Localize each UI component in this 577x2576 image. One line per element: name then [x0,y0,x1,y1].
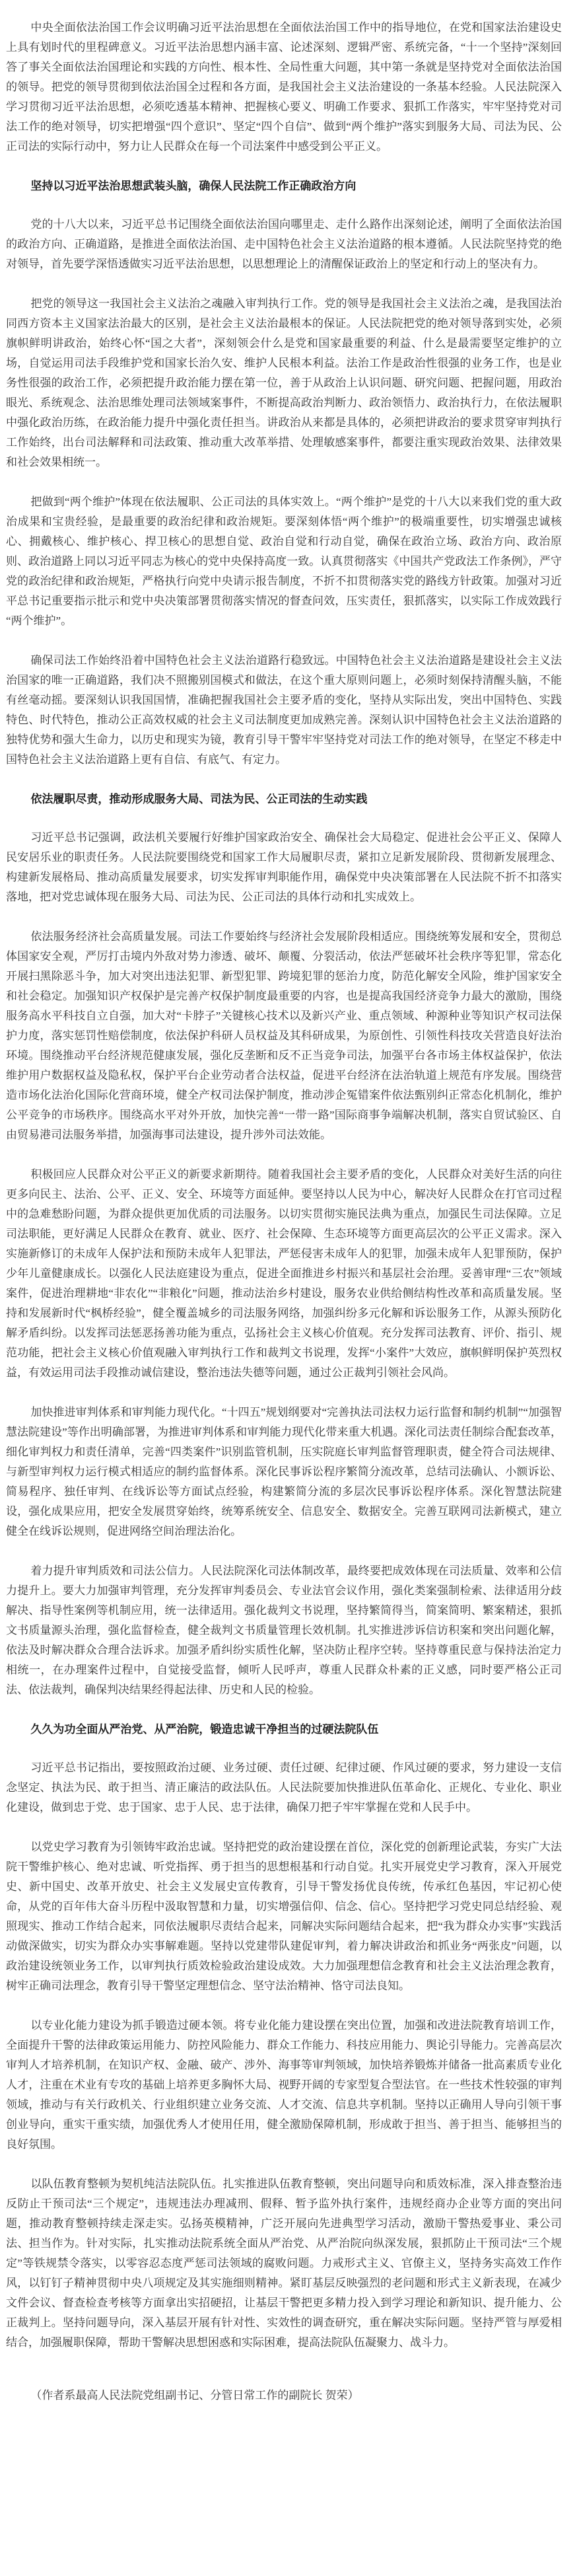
article-paragraph: 加快推进审判体系和审判能力现代化。“十四五”规划纲要对“完善执法司法权力运行监督… [6,1403,562,1541]
article-body: 中央全面依法治国工作会议明确习近平法治思想在全面依法治国工作中的指导地位，在党和… [6,18,562,2406]
article-paragraph: 中央全面依法治国工作会议明确习近平法治思想在全面依法治国工作中的指导地位，在党和… [6,18,562,157]
article-paragraph: 以党史学习教育为引领铸牢政治忠诚。坚持把党的政治建设摆在首位，深化党的创新理论武… [6,1837,562,1996]
author-line: （作者系最高人民法院党组副书记、分管日常工作的副院长 贺荣） [6,2386,562,2406]
article-paragraph: 党的十八大以来，习近平总书记围绕全面依法治国向哪里走、走什么路作出深刻论述，阐明… [6,215,562,274]
article-paragraph: 习近平总书记指出，要按照政治过硬、业务过硬、责任过硬、纪律过硬、作风过硬的要求，… [6,1758,562,1818]
article-paragraph: 以队伍教育整顿为契机纯洁法院队伍。扎实推进队伍教育整顿，突出问题导向和质效标准，… [6,2174,562,2353]
article-paragraph: 把党的领导这一我国社会主义法治之魂融入审判执行工作。党的领导是我国社会主义法治之… [6,294,562,472]
article-paragraph: 确保司法工作始终沿着中国特色社会主义法治道路行稳致远。中国特色社会主义法治道路是… [6,651,562,770]
article-paragraph: 习近平总书记强调，政法机关要履行好维护国家政治安全、确保社会大局稳定、促进社会公… [6,828,562,907]
article-paragraph: 把做到“两个维护”体现在依法履职、公正司法的具体实效上。“两个维护”是党的十八大… [6,492,562,631]
article-paragraph: 积极回应人民群众对公平正义的新要求新期待。随着我国社会主要矛盾的变化，人民群众对… [6,1165,562,1383]
section-heading: 依法履职尽责，推动形成服务大局、司法为民、公正司法的生动实践 [6,790,562,809]
article-page: 中央全面依法治国工作会议明确习近平法治思想在全面依法治国工作中的指导地位，在党和… [0,0,577,2576]
article-paragraph: 着力提升审判质效和司法公信力。人民法院深化司法体制改革，最终要把成效体现在司法质… [6,1561,562,1700]
section-heading: 久久为功全面从严治党、从严治院，锻造忠诚干净担当的过硬法院队伍 [6,1720,562,1740]
article-paragraph: 以专业化能力建设为抓手锻造过硬本领。将专业化能力建设摆在突出位置，加强和改进法院… [6,2016,562,2154]
section-heading: 坚持以习近平法治思想武装头脑，确保人民法院工作正确政治方向 [6,176,562,196]
article-paragraph: 依法服务经济社会高质量发展。司法工作要始终与经济社会发展阶段相适应。围绕统筹发展… [6,927,562,1145]
